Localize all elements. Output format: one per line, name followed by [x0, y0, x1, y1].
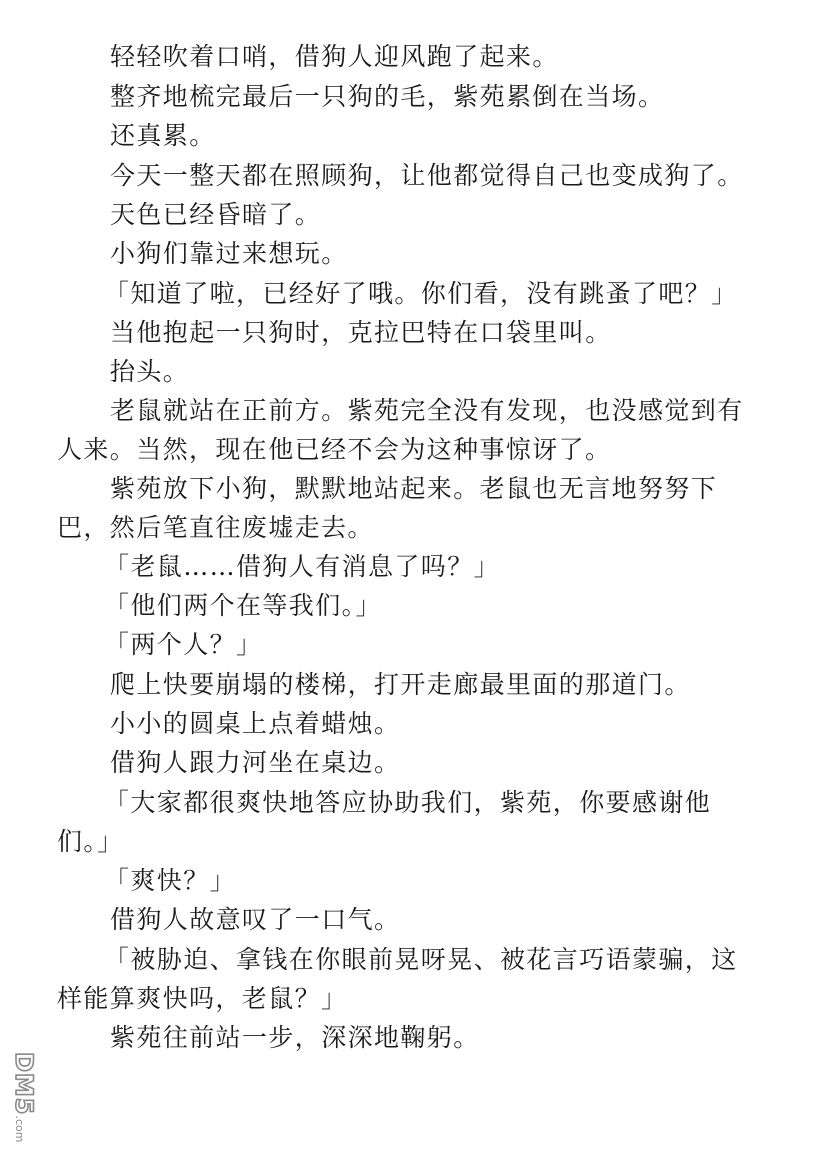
text-line-4: 今天一整天都在照顾狗，让他都觉得自己也变成狗了。: [110, 161, 744, 191]
text-line-7: 「知道了啦，已经好了哦。你们看，没有跳蚤了吧？」: [104, 279, 738, 309]
text-line-1: 轻轻吹着口哨，借狗人迎风跑了起来。: [110, 42, 559, 72]
text-line-16: 「两个人？」: [104, 630, 262, 660]
text-line-2: 整齐地梳完最后一只狗的毛，紫苑累倒在当场。: [110, 82, 664, 112]
text-line-6: 小狗们靠过来想玩。: [110, 239, 348, 269]
dm5-logo-icon: DM5.com: [5, 1052, 38, 1143]
text-line-20: 「大家都很爽快地答应协助我们，紫苑，你要感谢他: [104, 788, 711, 818]
text-line-12: 紫苑放下小狗，默默地站起来。老鼠也无言地努努下: [110, 474, 717, 504]
dm5-watermark: DM5.com: [4, 1052, 38, 1164]
text-line-17: 爬上快要崩塌的楼梯，打开走廊最里面的那道门。: [110, 670, 691, 700]
text-line-19: 借狗人跟力河坐在桌边。: [110, 748, 400, 778]
text-line-10: 老鼠就站在正前方。紫苑完全没有发现，也没感觉到有: [110, 396, 744, 426]
watermark-logo: DM5: [10, 1052, 38, 1116]
novel-page: 轻轻吹着口哨，借狗人迎风跑了起来。 整齐地梳完最后一只狗的毛，紫苑累倒在当场。 …: [0, 0, 826, 1169]
text-line-21: 们。」: [57, 827, 124, 857]
text-line-26: 紫苑往前站一步，深深地鞠躬。: [110, 1023, 480, 1053]
text-line-5: 天色已经昏暗了。: [110, 200, 321, 230]
text-line-11: 人来。当然，现在他已经不会为这种事惊讶了。: [57, 435, 611, 465]
text-line-8: 当他抱起一只狗时，克拉巴特在口袋里叫。: [110, 318, 612, 348]
text-line-18: 小小的圆桌上点着蜡烛。: [110, 709, 400, 739]
text-line-9: 抬头。: [110, 357, 189, 387]
text-line-14: 「老鼠……借狗人有消息了吗？」: [104, 552, 500, 582]
text-line-15: 「他们两个在等我们。」: [104, 591, 382, 621]
text-line-25: 样能算爽快吗，老鼠？」: [57, 984, 347, 1014]
text-line-13: 巴，然后笔直往废墟走去。: [57, 513, 374, 543]
text-line-22: 「爽快？」: [104, 866, 236, 896]
text-line-24: 「被胁迫、拿钱在你眼前晃呀晃、被花言巧语蒙骗，这: [104, 945, 738, 975]
text-line-23: 借狗人故意叹了一口气。: [110, 905, 400, 935]
watermark-suffix: .com: [13, 1116, 26, 1143]
text-line-3: 还真累。: [110, 121, 216, 151]
